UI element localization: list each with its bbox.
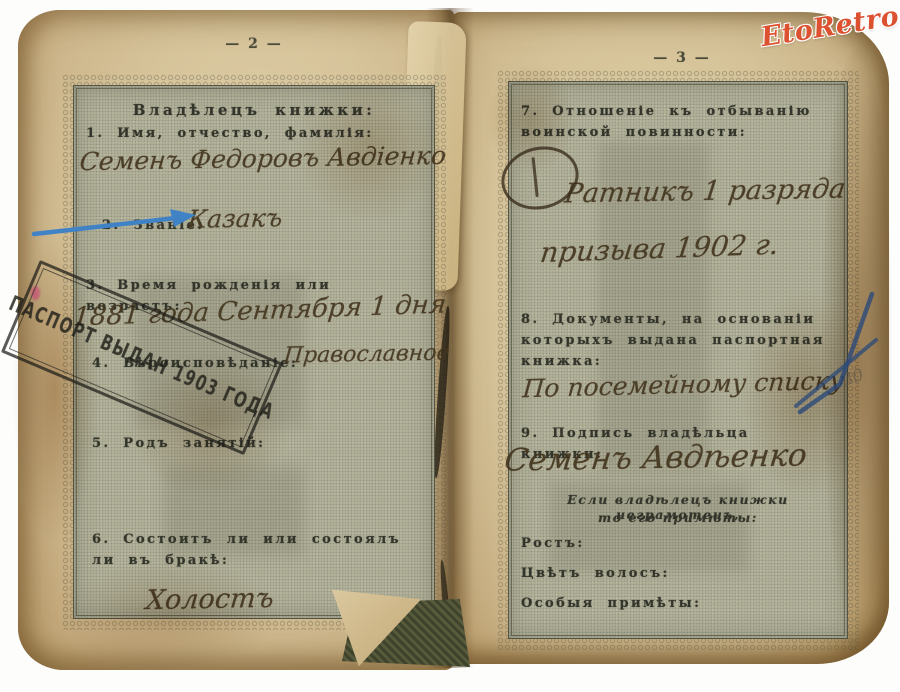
- owner-heading: Владѣлецъ книжки:: [80, 98, 428, 122]
- blue-pen-mark-icon: [788, 288, 892, 428]
- blue-arrow-icon: [28, 202, 208, 246]
- illiterate-note-line2: то его примѣты:: [515, 510, 841, 525]
- field1-value-handwriting: Семенъ Федоровъ Авдіенко: [78, 141, 447, 176]
- field7-value-line1-handwriting: Ратникъ 1 разряда: [563, 174, 847, 210]
- field7-value-line2-handwriting: призыва 1902 г.: [538, 228, 780, 269]
- page-number-left: — 2 —: [204, 36, 304, 52]
- field4-value-handwriting: Православное: [283, 341, 451, 369]
- field1-label: 1. Имя, отчество, фамилія:: [86, 124, 374, 145]
- field7-label: 7. Отношеніе къ отбыванію воинской повин…: [521, 102, 843, 144]
- trait-special-marks-label: Особыя примѣты:: [521, 594, 701, 615]
- trait-height-label: Ростъ:: [521, 534, 585, 555]
- passport-scan: — 2 — — 3 — Владѣлецъ книжки: 1. Имя, от…: [0, 0, 900, 692]
- page-number-right: — 3 —: [632, 50, 732, 66]
- field6-value-handwriting: Холостъ: [145, 583, 276, 616]
- trait-hair-color-label: Цвѣтъ волосъ:: [521, 564, 670, 585]
- field6-label: 6. Состоитъ ли или состоялъ ли въ бракѣ:: [92, 530, 414, 572]
- field9-signature-handwriting: Семенъ Авдѣенко: [503, 437, 809, 478]
